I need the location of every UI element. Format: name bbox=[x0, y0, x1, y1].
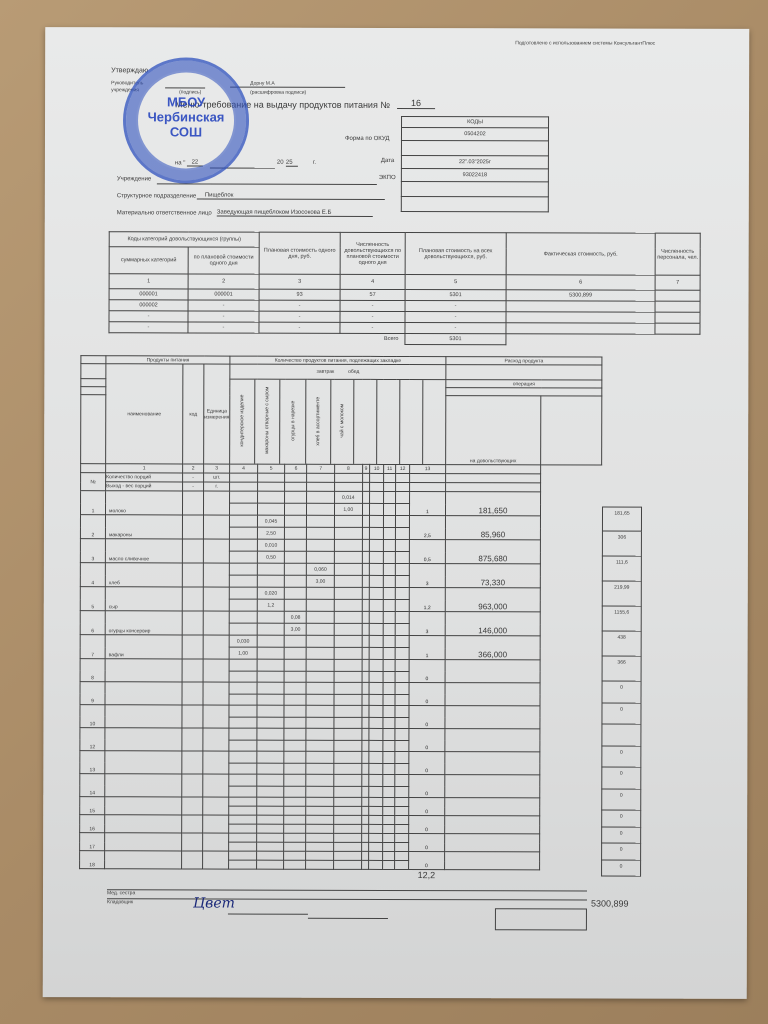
qty-cell bbox=[369, 705, 382, 717]
qty-cell bbox=[383, 763, 396, 775]
products-column-number: 8 bbox=[335, 464, 363, 473]
qty-cell bbox=[256, 851, 284, 860]
qty-cell bbox=[383, 728, 396, 740]
qty-cell bbox=[229, 763, 257, 775]
row-number: 8 bbox=[80, 659, 105, 682]
product-row: 6огурцы консервир0,083146,000 bbox=[80, 611, 601, 624]
column-number: 1 bbox=[109, 274, 188, 289]
expense-sum bbox=[445, 729, 540, 752]
total-value: 5301 bbox=[405, 334, 506, 345]
qty-cell bbox=[257, 728, 285, 740]
qty-cell bbox=[334, 860, 362, 869]
product-code bbox=[182, 774, 203, 797]
qty-cell bbox=[362, 563, 370, 575]
qty-cell bbox=[361, 763, 369, 775]
dish-column: хлеб в ассортименте bbox=[305, 380, 330, 464]
dish-column: чай с молоком bbox=[331, 380, 354, 464]
qty-cell bbox=[361, 797, 369, 806]
product-unit bbox=[203, 705, 229, 728]
qty-cell bbox=[284, 851, 306, 860]
qty-cell bbox=[284, 705, 306, 717]
qty-cell bbox=[395, 717, 408, 729]
qty-cell bbox=[285, 575, 307, 587]
consumer-qty: 2,5 bbox=[409, 516, 445, 540]
qty-cell bbox=[257, 717, 285, 729]
qty-cell bbox=[362, 575, 370, 587]
qty-cell bbox=[395, 786, 408, 798]
qty-cell bbox=[229, 824, 257, 833]
qty-cell bbox=[306, 740, 334, 752]
qty-cell bbox=[362, 515, 370, 527]
qty-cell bbox=[284, 797, 306, 806]
consumer-qty: 0 bbox=[409, 752, 445, 775]
qty-cell bbox=[257, 705, 285, 717]
signature-line-1 bbox=[228, 914, 308, 915]
year-prefix: 20 bbox=[277, 160, 284, 166]
qty-cell bbox=[284, 671, 306, 683]
expense-sum bbox=[445, 816, 540, 834]
side-value: 0 bbox=[601, 789, 641, 811]
side-value: 0 bbox=[601, 844, 641, 861]
qty-cell bbox=[256, 815, 284, 824]
qty-cell bbox=[369, 751, 382, 763]
product-unit bbox=[203, 635, 229, 659]
dish-name: хлеб в ассортименте bbox=[315, 396, 321, 445]
qty-cell bbox=[395, 728, 408, 740]
okpo-label: ЭКПО bbox=[379, 175, 396, 181]
qty-cell bbox=[369, 623, 382, 635]
summary-cell: - bbox=[405, 301, 506, 312]
product-code bbox=[182, 682, 203, 705]
qty-cell bbox=[383, 635, 396, 647]
product-name bbox=[105, 705, 182, 728]
qty-cell bbox=[383, 563, 396, 575]
dish-name: кондитерское изделие bbox=[239, 395, 245, 447]
product-name: масло сливочное bbox=[105, 539, 182, 563]
qty-cell bbox=[383, 539, 396, 551]
portions-unit: шт. bbox=[204, 473, 230, 482]
qty-cell bbox=[257, 623, 285, 635]
qty-cell bbox=[334, 705, 362, 717]
qty-cell bbox=[369, 797, 382, 806]
products-column-number: 7 bbox=[307, 464, 335, 473]
products-column-number: 5 bbox=[257, 464, 285, 473]
qty-cell bbox=[369, 833, 382, 842]
grand-total: 5300,899 bbox=[591, 899, 629, 909]
qty-cell bbox=[306, 763, 334, 775]
qty-cell bbox=[307, 527, 335, 539]
summary-cell bbox=[655, 312, 700, 323]
qty-cell bbox=[383, 491, 396, 503]
qty-cell bbox=[334, 551, 362, 563]
codes-header: КОДЫ bbox=[402, 117, 549, 128]
product-name: молоко bbox=[105, 491, 182, 515]
qty-cell bbox=[382, 824, 395, 833]
summary-cell: - bbox=[340, 311, 405, 322]
qty-cell bbox=[361, 740, 369, 752]
qty-cell bbox=[306, 806, 334, 815]
qty-cell bbox=[229, 786, 257, 798]
responsible-value: Заведующая пищеблоком Изосокова Е.Б bbox=[217, 210, 373, 217]
qty-cell bbox=[334, 623, 362, 635]
qty-cell bbox=[284, 824, 306, 833]
qty-cell bbox=[382, 833, 395, 842]
product-row: 2макароны0,0452,585,960 bbox=[80, 515, 601, 528]
product-name: сыр bbox=[105, 587, 182, 611]
consumer-qty: 1 bbox=[409, 636, 445, 660]
summary-cell: 93 bbox=[259, 289, 340, 300]
product-unit bbox=[203, 587, 229, 611]
expense-sum: 146,000 bbox=[445, 612, 540, 636]
side-value: 0 bbox=[601, 768, 641, 790]
official-stamp: МБОУ Чербинская СОШ bbox=[123, 57, 249, 183]
product-unit bbox=[203, 539, 229, 563]
qty-cell bbox=[396, 587, 409, 599]
product-code bbox=[182, 797, 203, 815]
row-number: 6 bbox=[80, 611, 105, 635]
qty-cell bbox=[362, 635, 370, 647]
column-number: 7 bbox=[655, 275, 700, 290]
qty-cell bbox=[369, 647, 382, 659]
qty-cell bbox=[256, 806, 284, 815]
qty-cell bbox=[229, 728, 257, 740]
codes-table: КОДЫ 0504202 22".03"2025г 93022418 bbox=[401, 116, 549, 212]
qty-cell bbox=[395, 833, 408, 842]
summary-cell bbox=[655, 301, 700, 312]
row-number: 7 bbox=[80, 635, 105, 659]
qty-cell bbox=[334, 611, 362, 623]
qty-cell bbox=[362, 491, 370, 503]
code-header: код bbox=[183, 364, 204, 464]
qty-cell bbox=[396, 635, 409, 647]
product-name: макароны bbox=[105, 515, 182, 539]
qty-cell bbox=[306, 797, 334, 806]
product-unit bbox=[203, 682, 229, 705]
product-row: 90 bbox=[80, 682, 601, 695]
qty-cell bbox=[334, 815, 362, 824]
qty-cell bbox=[383, 527, 396, 539]
qty-cell bbox=[383, 717, 396, 729]
summary-cell: - bbox=[340, 322, 405, 333]
qty-cell bbox=[257, 671, 285, 683]
qty-cell bbox=[229, 851, 257, 860]
qty-cell bbox=[285, 635, 307, 647]
qty-cell bbox=[369, 694, 382, 706]
qty-cell bbox=[395, 671, 408, 683]
qty-cell: 0,50 bbox=[257, 551, 285, 563]
products-column-number: 10 bbox=[370, 464, 383, 473]
side-value: 0 bbox=[601, 703, 641, 725]
side-value: 0 bbox=[601, 811, 641, 828]
qty-cell bbox=[395, 659, 408, 671]
qty-cell bbox=[383, 611, 396, 623]
name-header: наименование bbox=[106, 364, 183, 464]
qty-cell bbox=[362, 623, 370, 635]
qty-cell bbox=[284, 682, 306, 694]
group-header: Коды категорий довольствующихся (группы) bbox=[109, 232, 259, 247]
qty-cell bbox=[382, 842, 395, 851]
date-value: 22".03"2025г bbox=[401, 156, 548, 169]
expense-sum: 366,000 bbox=[445, 636, 540, 660]
qty-cell bbox=[370, 491, 383, 503]
stamp-line-1: МБОУ bbox=[126, 94, 246, 109]
products-column-number: 13 bbox=[409, 465, 445, 474]
signature-transcript-caption: (расшифровка подписи) bbox=[250, 90, 306, 96]
expense-sum bbox=[445, 775, 540, 798]
product-code bbox=[182, 539, 203, 563]
product-code bbox=[182, 815, 203, 833]
qty-cell bbox=[369, 824, 382, 833]
qty-cell bbox=[334, 671, 362, 683]
product-name bbox=[105, 682, 182, 705]
summary-cell bbox=[655, 323, 700, 334]
qty-cell bbox=[334, 694, 362, 706]
qty-cell bbox=[369, 740, 382, 752]
qty-cell bbox=[284, 763, 306, 775]
qty-cell bbox=[229, 671, 257, 683]
qty-cell bbox=[229, 740, 257, 752]
qty-cell bbox=[334, 587, 362, 599]
qty-cell: 1,00 bbox=[334, 503, 362, 515]
code-empty-1 bbox=[401, 182, 548, 197]
qty-cell bbox=[284, 694, 306, 706]
qty-cell bbox=[395, 694, 408, 706]
plan-total-header: Плановая стоимость на всех довольствующи… bbox=[405, 233, 506, 275]
qty-cell bbox=[307, 515, 335, 527]
product-code bbox=[182, 659, 203, 682]
qty-cell bbox=[361, 824, 369, 833]
product-code bbox=[182, 851, 203, 869]
qty-cell bbox=[396, 563, 409, 575]
okud-label: Форма по ОКУД bbox=[345, 136, 389, 142]
okud-value: 0504202 bbox=[401, 128, 548, 141]
total-qty: 12,2 bbox=[408, 870, 444, 881]
product-row: 1молоко0,0141181,650 bbox=[81, 491, 602, 504]
qty-cell bbox=[334, 599, 362, 611]
consumer-qty: 0 bbox=[409, 706, 445, 729]
qty-cell bbox=[361, 786, 369, 798]
product-row: 120 bbox=[80, 728, 601, 741]
qty-cell bbox=[256, 824, 284, 833]
qty-cell bbox=[306, 705, 334, 717]
qty-cell bbox=[334, 659, 362, 671]
qty-cell bbox=[362, 682, 370, 694]
row-number: 16 bbox=[80, 815, 105, 833]
summary-cell: 000001 bbox=[188, 289, 259, 300]
qty-cell bbox=[334, 647, 362, 659]
qty-cell bbox=[285, 563, 307, 575]
summary-cell: - bbox=[188, 300, 259, 311]
qty-cell bbox=[361, 815, 369, 824]
product-code bbox=[182, 751, 203, 774]
qty-cell bbox=[229, 860, 257, 869]
expense-sum: 85,960 bbox=[445, 516, 540, 540]
qty-cell bbox=[284, 842, 306, 851]
qty-cell bbox=[361, 751, 369, 763]
qty-cell bbox=[361, 717, 369, 729]
side-value: 1155,6 bbox=[602, 607, 642, 632]
stamp-line-2: Чербинская bbox=[126, 109, 246, 124]
products-column-number: 11 bbox=[383, 464, 396, 473]
qty-cell bbox=[334, 575, 362, 587]
qty-cell bbox=[369, 682, 382, 694]
product-name: хлеб bbox=[105, 563, 182, 587]
dish-names-area: кондитерское изделиемакароны отварные с … bbox=[230, 379, 446, 465]
expense-sum bbox=[445, 852, 540, 870]
qty-cell bbox=[369, 774, 382, 786]
qty-cell bbox=[362, 659, 370, 671]
qty-cell bbox=[334, 682, 362, 694]
qty-cell bbox=[306, 751, 334, 763]
qty-cell bbox=[257, 563, 285, 575]
qty-cell bbox=[395, 842, 408, 851]
qty-cell bbox=[257, 503, 285, 515]
qty-cell: 0,08 bbox=[285, 611, 307, 623]
summary-cell: - bbox=[188, 311, 259, 322]
summary-cell: - bbox=[405, 312, 506, 323]
qty-cell bbox=[362, 551, 370, 563]
qty-cell bbox=[362, 647, 370, 659]
qty-cell bbox=[334, 717, 362, 729]
qty-cell bbox=[229, 575, 257, 587]
qty-cell bbox=[256, 833, 284, 842]
side-values-column: 181,65306111,6219,991155,643836600000000… bbox=[601, 507, 642, 877]
qty-cell bbox=[395, 806, 408, 815]
product-row: 100 bbox=[80, 705, 601, 718]
products-column-number: 3 bbox=[204, 464, 230, 473]
qty-cell bbox=[334, 774, 362, 786]
qty-cell bbox=[229, 833, 257, 842]
qty-cell bbox=[284, 815, 306, 824]
qty-cell bbox=[285, 539, 307, 551]
qty-cell bbox=[230, 527, 258, 539]
qty-cell bbox=[369, 611, 382, 623]
product-unit bbox=[203, 728, 229, 751]
qty-cell bbox=[396, 575, 409, 587]
product-unit bbox=[203, 659, 229, 682]
qty-cell bbox=[285, 527, 307, 539]
qty-cell bbox=[229, 599, 257, 611]
qty-cell bbox=[306, 635, 334, 647]
qty-cell bbox=[382, 774, 395, 786]
product-name bbox=[105, 815, 182, 833]
stamp-line-3: СОШ bbox=[126, 124, 246, 139]
staff-header: Численность персонала, чел. bbox=[655, 233, 700, 275]
side-value: 0 bbox=[601, 827, 641, 844]
qty-cell bbox=[229, 611, 257, 623]
row-number: 4 bbox=[80, 563, 105, 587]
consumer-qty: 0 bbox=[408, 834, 444, 852]
responsible-label: Материально ответственное лицо bbox=[117, 210, 212, 216]
qty-cell bbox=[256, 842, 284, 851]
qty-cell bbox=[229, 751, 257, 763]
qty-cell bbox=[369, 860, 382, 869]
qty-cell bbox=[396, 491, 409, 503]
qty-cell bbox=[334, 824, 362, 833]
qty-cell bbox=[229, 623, 257, 635]
meal-breakfast: завтрак bbox=[317, 369, 335, 375]
row-number: 5 bbox=[80, 587, 105, 611]
product-code bbox=[182, 833, 203, 851]
qty-cell bbox=[369, 806, 382, 815]
qty-cell bbox=[361, 774, 369, 786]
qty-cell bbox=[306, 717, 334, 729]
product-name: вафли bbox=[105, 635, 182, 659]
summary-cell: 000002 bbox=[109, 300, 188, 311]
sum-categories-header: суммарных категорий bbox=[109, 247, 188, 274]
row-number: 18 bbox=[80, 851, 105, 869]
qty-cell bbox=[382, 786, 395, 798]
side-value: 111,6 bbox=[602, 557, 642, 582]
qty-cell bbox=[361, 728, 369, 740]
products-table: Продукты питания Количество продуктов пи… bbox=[79, 355, 602, 880]
qty-cell bbox=[229, 705, 257, 717]
product-code bbox=[182, 728, 203, 751]
qty-cell bbox=[306, 671, 334, 683]
qty-cell bbox=[284, 659, 306, 671]
meal-lunch: обед bbox=[348, 369, 359, 375]
qty-cell bbox=[383, 503, 396, 515]
expense-sum bbox=[445, 834, 540, 852]
qty-cell bbox=[370, 575, 383, 587]
qty-cell bbox=[334, 635, 362, 647]
qty-cell bbox=[334, 797, 362, 806]
portions-code: - bbox=[183, 473, 204, 482]
qty-cell bbox=[395, 705, 408, 717]
qty-cell bbox=[383, 623, 396, 635]
qty-cell bbox=[284, 860, 306, 869]
qty-cell bbox=[285, 491, 307, 503]
qty-cell bbox=[369, 671, 382, 683]
qty-cell: 0,045 bbox=[257, 515, 285, 527]
qty-cell bbox=[257, 740, 285, 752]
consumer-qty: 0 bbox=[408, 816, 444, 834]
qty-cell bbox=[334, 751, 362, 763]
product-row: 5сыр0,0201,2963,000 bbox=[80, 587, 601, 600]
qty-cell bbox=[370, 563, 383, 575]
qty-cell bbox=[370, 587, 383, 599]
qty-cell bbox=[229, 694, 257, 706]
qty-cell bbox=[395, 851, 408, 860]
product-unit bbox=[203, 774, 229, 797]
row-number: 14 bbox=[80, 774, 105, 797]
qty-cell bbox=[229, 551, 257, 563]
qty-cell bbox=[334, 728, 362, 740]
qty-cell bbox=[361, 842, 369, 851]
product-name bbox=[105, 797, 182, 815]
per-plan-header: по плановой стоимости одного дня bbox=[188, 247, 259, 274]
qty-cell bbox=[285, 503, 307, 515]
qty-cell bbox=[396, 515, 409, 527]
qty-cell bbox=[361, 806, 369, 815]
expense-sum bbox=[445, 660, 540, 683]
qty-cell bbox=[334, 563, 362, 575]
qty-cell bbox=[306, 842, 334, 851]
consumer-qty: 0 bbox=[409, 775, 445, 798]
row-number: 17 bbox=[80, 833, 105, 851]
qty-cell bbox=[257, 647, 285, 659]
qty-cell bbox=[257, 786, 285, 798]
product-unit bbox=[203, 815, 229, 833]
expense-sum: 73,330 bbox=[445, 564, 540, 588]
summary-cell bbox=[506, 323, 655, 334]
qty-cell bbox=[382, 797, 395, 806]
qty-cell bbox=[369, 659, 382, 671]
qty-cell bbox=[306, 851, 334, 860]
qty-cell bbox=[369, 851, 382, 860]
column-number: 2 bbox=[188, 274, 259, 289]
qty-cell bbox=[307, 611, 335, 623]
